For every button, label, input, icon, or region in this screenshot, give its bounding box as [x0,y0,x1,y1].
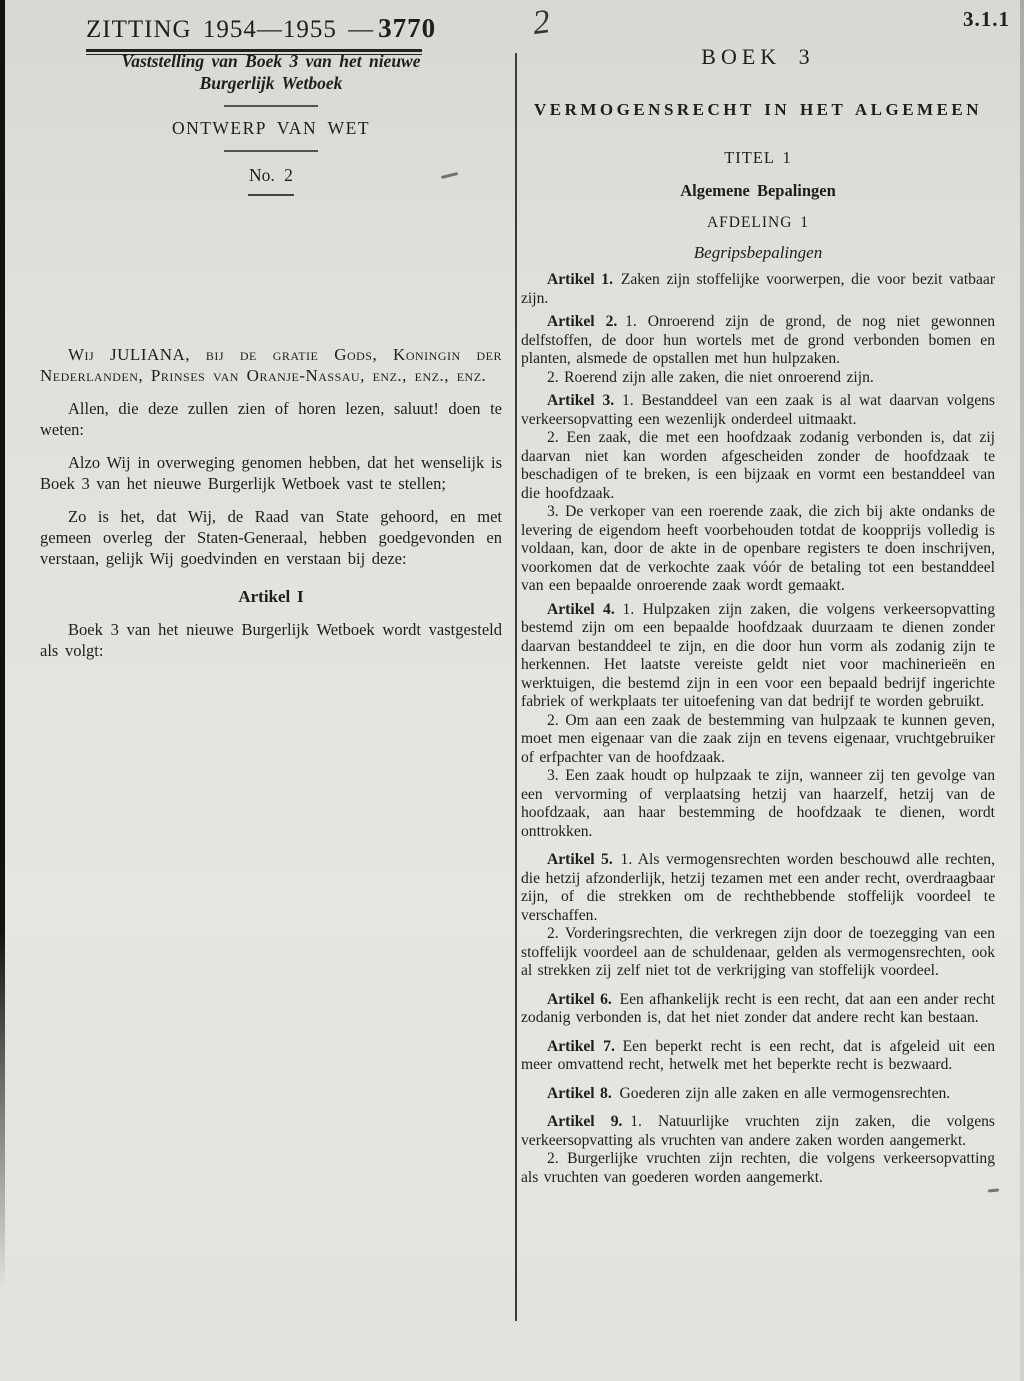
article-4-sub-2: 2. Om aan een zaak de bestemming van hul… [521,712,995,768]
title-heading: TITEL 1 [521,148,995,168]
dossier-number: 3770 [378,13,436,43]
stray-pen-mark [988,1188,999,1192]
preamble-paragraph: Zo is het, dat Wij, de Raad van State ge… [40,506,502,569]
section-name: Begripsbepalingen [521,243,995,263]
document-page: ZITTING 1954—1955 — 3770 2 3.1.1 Vastste… [0,0,1024,1381]
book-heading: BOEK 3 [521,44,995,70]
left-column: Vaststelling van Boek 3 van het nieuwe B… [40,50,502,661]
article-4-sub-3: 3. Een zaak houdt op hulpzaak te zijn, w… [521,767,995,841]
article-5: Artikel 5. 1. Als vermogensrechten worde… [521,851,995,925]
articles-text: Artikel 1. Zaken zijn stoffelijke voorwe… [521,271,995,1187]
title-name: Algemene Bepalingen [521,181,995,201]
book-subtitle: VERMOGENSRECHT IN HET ALGEMEEN [521,100,995,120]
article-2-sub-2: 2. Roerend zijn alle zaken, die niet onr… [521,369,995,388]
session-title: ZITTING 1954—1955 — [86,16,374,43]
corner-code: 3.1.1 [963,7,1010,32]
article-9-sub-2: 2. Burgerlijke vruchten zijn rechten, di… [521,1150,995,1187]
article-8: Artikel 8. Goederen zijn alle zaken en a… [521,1085,995,1104]
preamble-paragraph: Allen, die deze zullen zien of horen lez… [40,398,502,440]
article-9: Artikel 9. 1. Natuurlijke vruchten zijn … [521,1113,995,1150]
preamble-paragraph: Boek 3 van het nieuwe Burgerlijk Wetboek… [40,619,502,661]
article-5-sub-2: 2. Vorderingsrechten, die verkregen zijn… [521,925,995,981]
piece-number: No. 2 [40,165,502,186]
article-7: Artikel 7. Een beperkt recht is een rech… [521,1038,995,1075]
article-3: Artikel 3. 1. Bestanddeel van een zaak i… [521,392,995,429]
article-1: Artikel 1. Zaken zijn stoffelijke voorwe… [521,271,995,308]
divider-rule [248,194,294,196]
preamble-paragraph: Alzo Wij in overweging genomen hebben, d… [40,452,502,494]
divider-rule [224,150,318,152]
royal-preamble: Wij JULIANA, bij de gratie Gods, Koningi… [40,344,502,386]
right-column: BOEK 3 VERMOGENSRECHT IN HET ALGEMEEN TI… [521,44,995,1187]
article-2: Artikel 2. 1. Onroerend zijn de grond, d… [521,313,995,369]
article-4: Artikel 4. 1. Hulpzaken zijn zaken, die … [521,601,995,712]
section-heading: AFDELING 1 [521,214,995,232]
article-3-sub-2: 2. Een zaak, die met een hoofdzaak zodan… [521,429,995,503]
document-subtitle: Vaststelling van Boek 3 van het nieuwe B… [98,50,444,94]
article-3-sub-3: 3. De verkoper van een roerende zaak, di… [521,503,995,596]
scan-edge-artifact-right [1020,0,1024,1381]
handwritten-page-mark: 2 [531,3,553,43]
document-type: ONTWERP VAN WET [40,118,502,139]
divider-rule [224,105,318,107]
scan-edge-artifact [0,0,5,1290]
preamble-body: Wij JULIANA, bij de gratie Gods, Koningi… [40,344,502,661]
column-divider [515,53,517,1321]
artikel-I-heading: Artikel I [40,586,502,607]
session-header: ZITTING 1954—1955 — 3770 [86,13,422,55]
article-6: Artikel 6. Een afhankelijk recht is een … [521,991,995,1028]
